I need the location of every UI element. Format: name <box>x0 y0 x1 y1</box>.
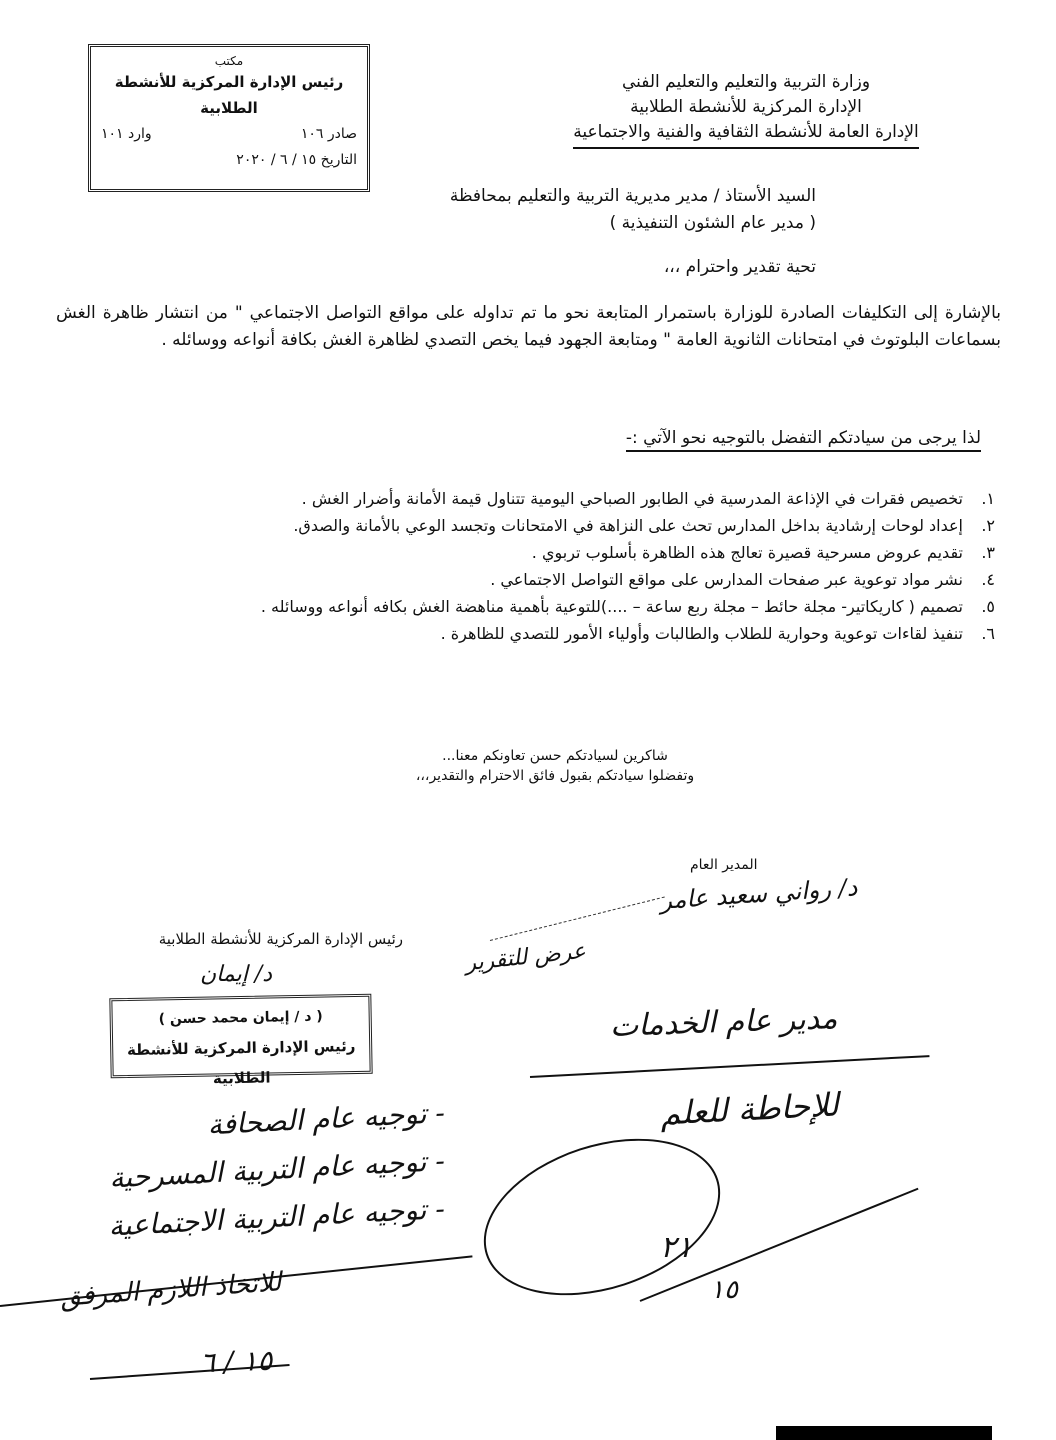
annotation-stroke <box>490 896 665 941</box>
item-number: ١. <box>963 485 1001 512</box>
addressee-line-1: السيد الأستاذ / مدير مديرية التربية والت… <box>256 183 816 210</box>
stamp-role: رئيس الإدارة المركزية للأنشطة الطلابية <box>113 1031 370 1095</box>
general-manager-signature: د/ رواني سعيد عامر <box>659 873 858 915</box>
item-number: ٢. <box>963 512 1001 539</box>
header-line-1: وزارة التربية والتعليم والتعليم الفني <box>516 70 976 95</box>
closing-line-1: شاكرين لسيادتكم حسن تعاونكم معنا... <box>340 746 770 766</box>
item-number: ٦. <box>963 620 1001 647</box>
signature-loop <box>464 1111 741 1323</box>
action-items-list: ١.تخصيص فقرات في الإذاعة المدرسية في الط… <box>51 485 1001 647</box>
date-value: ١٥ / ٦ / ٢٠٢٠ <box>236 152 316 168</box>
item-text: إعداد لوحات إرشادية بداخل المدارس تحث عل… <box>51 512 963 539</box>
stamp-name: ( د / إيمان محمد حسن ) <box>112 1001 368 1035</box>
handwritten-date: ١٥ / ٦ <box>199 1344 272 1380</box>
item-text: تنفيذ لقاءات توعوية وحوارية للطلاب والطا… <box>51 620 963 647</box>
item-number: ٥. <box>963 593 1001 620</box>
issued-value: ١٠٦ <box>301 126 324 142</box>
office-stamp: مكتب رئيس الإدارة المركزية للأنشطة الطلا… <box>88 44 370 192</box>
item-text: تقديم عروض مسرحية قصيرة تعالج هذه الظاهر… <box>51 539 963 566</box>
closing-line-2: وتفضلوا سيادتكم بقبول فائق الاحترام والت… <box>340 766 770 786</box>
request-text: لذا يرجى من سيادتكم التفضل بالتوجيه نحو … <box>626 428 981 452</box>
greeting: تحية تقدير واحترام ،،، <box>416 257 816 277</box>
date-label: التاريخ <box>321 152 357 168</box>
list-item: ٥.تصميم ( كاريكاتير- مجلة حائط – مجلة رب… <box>51 593 1001 620</box>
item-text: تخصيص فقرات في الإذاعة المدرسية في الطاب… <box>51 485 963 512</box>
item-number: ٣. <box>963 539 1001 566</box>
item-number: ٤. <box>963 566 1001 593</box>
list-item: ٦.تنفيذ لقاءات توعوية وحوارية للطلاب وال… <box>51 620 1001 647</box>
list-item: ٢.إعداد لوحات إرشادية بداخل المدارس تحث … <box>51 512 1001 539</box>
head-stamp: ( د / إيمان محمد حسن ) رئيس الإدارة المر… <box>109 994 372 1079</box>
ministry-header: وزارة التربية والتعليم والتعليم الفني ال… <box>516 70 976 149</box>
request-line: لذا يرجى من سيادتكم التفضل بالتوجيه نحو … <box>511 428 981 448</box>
addressee-line-2: ( مدير عام الشئون التنفيذية ) <box>256 210 816 237</box>
stamp-title: رئيس الإدارة المركزية للأنشطة الطلابية <box>101 69 357 121</box>
header-line-3: الإدارة العامة للأنشطة الثقافية والفنية … <box>573 120 919 149</box>
issued-label: صادر <box>328 126 357 142</box>
central-head-signature: د/ إيمان <box>200 962 272 987</box>
closing-block: شاكرين لسيادتكم حسن تعاونكم معنا... وتفض… <box>340 746 770 786</box>
margin-number: ١٥ <box>710 1275 738 1305</box>
list-item: ٣.تقديم عروض مسرحية قصيرة تعالج هذه الظا… <box>51 539 1001 566</box>
item-text: تصميم ( كاريكاتير- مجلة حائط – مجلة ربع … <box>51 593 963 620</box>
header-line-2: الإدارة المركزية للأنشطة الطلابية <box>516 95 976 120</box>
general-manager-title: المدير العام <box>690 857 758 873</box>
stamp-label: مكتب <box>101 53 357 69</box>
handwritten-action: للاتخاذ اللازم المرفق <box>59 1267 282 1312</box>
stamp-numbers-row: صادر ١٠٦ وارد ١٠١ <box>101 121 357 147</box>
list-item: ٤.نشر مواد توعوية عبر صفحات المدارس على … <box>51 566 1001 593</box>
handwritten-distribution-list: - توجيه عام الصحافة - توجيه عام التربية … <box>25 1100 445 1244</box>
addressee-block: السيد الأستاذ / مدير مديرية التربية والت… <box>256 183 816 237</box>
body-paragraph: بالإشارة إلى التكليفات الصادرة للوزارة ب… <box>56 300 1001 354</box>
handwritten-note-1: عرض للتقرير <box>464 939 587 977</box>
incoming-value: ١٠١ <box>101 126 124 142</box>
item-text: نشر مواد توعوية عبر صفحات المدارس على مو… <box>51 566 963 593</box>
redaction-bar <box>776 1426 992 1440</box>
stamp-date-row: التاريخ ١٥ / ٦ / ٢٠٢٠ <box>101 147 357 173</box>
incoming-label: وارد <box>128 126 152 142</box>
list-item: ١.تخصيص فقرات في الإذاعة المدرسية في الط… <box>51 485 1001 512</box>
annotation-underline <box>530 1055 930 1078</box>
handwritten-note-3: للإحاطة للعلم <box>659 1085 840 1132</box>
central-head-title: رئيس الإدارة المركزية للأنشطة الطلابية <box>118 930 403 948</box>
handwritten-note-2: مدير عام الخدمات <box>609 1001 838 1044</box>
margin-number: ٢١ <box>660 1230 692 1265</box>
